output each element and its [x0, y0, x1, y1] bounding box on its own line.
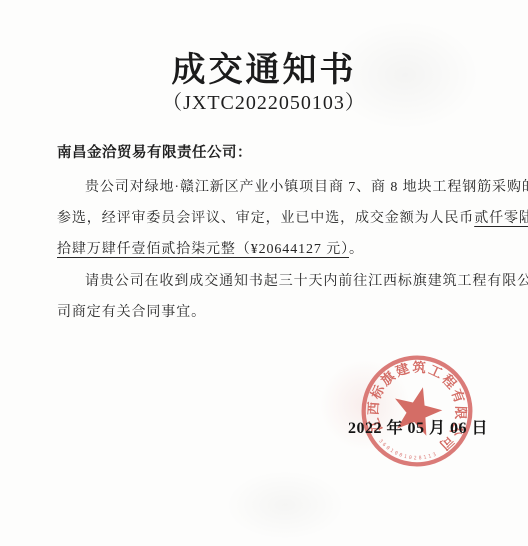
svg-text:0: 0 — [408, 455, 412, 461]
svg-text:3: 3 — [432, 452, 437, 459]
amount-in-words-part2: 拾肆万肆仟壹佰贰拾柒元整（¥20644127 元） — [57, 242, 349, 257]
svg-text:8: 8 — [418, 455, 422, 461]
paragraph1-line2: 参选，经评审委员会评议、审定，业已中选，成交金额为人民币贰仟零陆 — [57, 207, 475, 227]
svg-text:2: 2 — [414, 455, 418, 461]
paragraph2-line2: 司商定有关合同事宜。 — [57, 301, 475, 321]
paragraph1-line3: 拾肆万肆仟壹佰贰拾柒元整（¥20644127 元）。 — [57, 238, 475, 258]
svg-text:西: 西 — [366, 401, 382, 416]
issue-date: 2022 年 05 月 06 日 — [348, 415, 488, 438]
document-title: 成交通知书 — [0, 42, 528, 91]
scan-artifact — [225, 470, 345, 540]
paragraph1-line1: 贵公司对绿地·赣江新区产业小镇项目商 7、商 8 地块工程钢筋采购的 — [57, 176, 503, 196]
document-number: （JXTC2022050103） — [0, 86, 528, 115]
amount-in-words-part1: 贰仟零陆 — [474, 211, 528, 226]
recipient-line: 南昌金洽贸易有限责任公司： — [57, 141, 477, 162]
svg-text:1: 1 — [423, 454, 427, 460]
svg-text:1: 1 — [403, 454, 408, 461]
sentence-period: 。 — [349, 242, 364, 257]
svg-text:筑: 筑 — [412, 359, 427, 376]
award-notice-document: 成交通知书 （JXTC2022050103） 南昌金洽贸易有限责任公司： 贵公司… — [0, 0, 528, 546]
paragraph2-line1: 请贵公司在收到成交通知书起三十天内前往江西标旗建筑工程有限公 — [57, 270, 503, 290]
company-seal: 江西标旗建筑工程有限公司 3601001028113 — [353, 347, 481, 475]
paragraph1-line2-text: 参选，经评审委员会评议、审定，业已中选，成交金额为人民币 — [57, 211, 474, 226]
